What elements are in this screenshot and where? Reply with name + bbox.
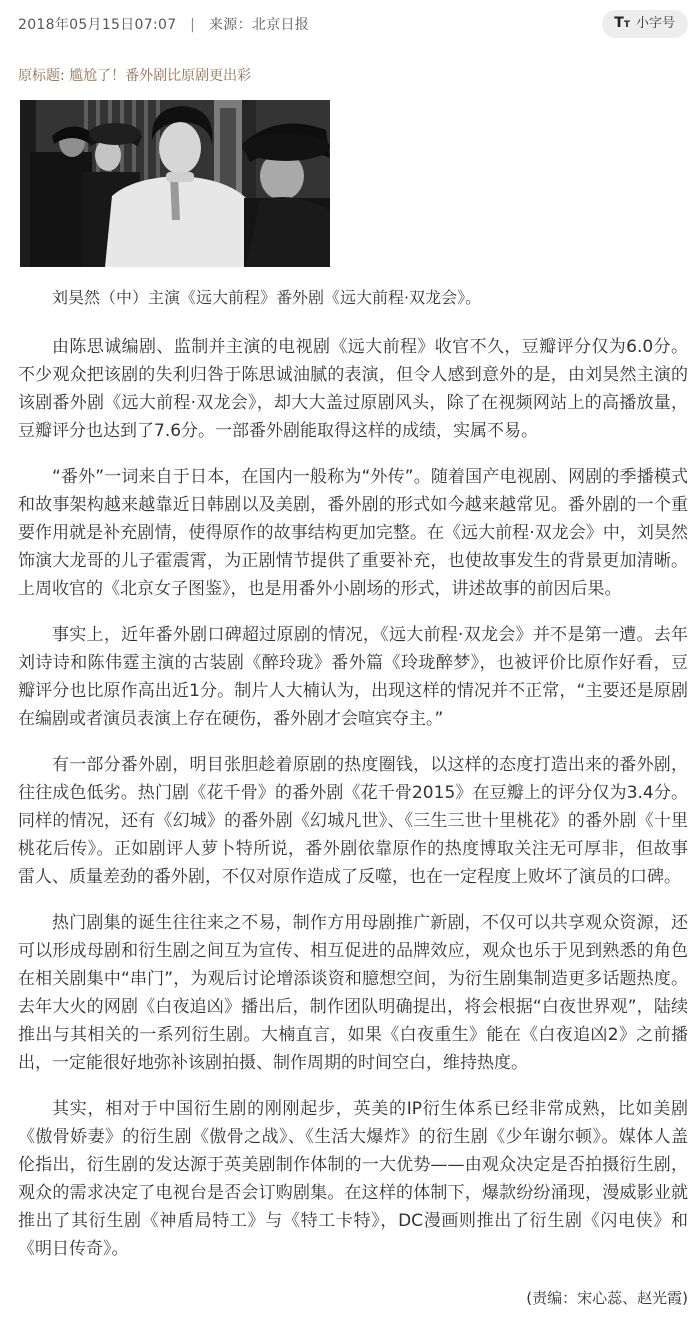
article-meta-bar: 2018年05月15日07:07 | 来源：北京日报 TT 小字号 (18, 10, 688, 38)
article-source: 来源：北京日报 (209, 17, 309, 33)
article-paragraph-2: “番外”一词来自于日本，在国内一般称为“外传”。随着国产电视剧、网剧的季播模式和… (18, 463, 688, 603)
article-paragraph-3: 事实上，近年番外剧口碑超过原剧的情况，《远大前程·双龙会》并不是第一遭。去年刘诗… (18, 621, 688, 733)
article-meta: 2018年05月15日07:07 | 来源：北京日报 (18, 10, 309, 34)
article-figure: 刘昊然（中）主演《远大前程》番外剧《远大前程·双龙会》。 (20, 100, 688, 310)
article-paragraph-5: 热门剧集的诞生往往来之不易，制作方用母剧推广新剧，不仅可以共享观众资源，还可以形… (18, 909, 688, 1077)
editor-credit: (责编：宋心蕊、赵光霞) (18, 1287, 688, 1308)
original-title: 原标题: 尴尬了！番外剧比原剧更出彩 (18, 65, 688, 85)
article-photo (20, 100, 330, 267)
font-size-icon: TT (614, 15, 630, 32)
article-page: 2018年05月15日07:07 | 来源：北京日报 TT 小字号 原标题: 尴… (0, 0, 699, 1338)
article-paragraph-4: 有一部分番外剧，明目张胆趁着原剧的热度圈钱，以这样的态度打造出来的番外剧，往往成… (18, 751, 688, 891)
font-size-button-label: 小字号 (636, 16, 675, 32)
meta-separator: | (190, 17, 195, 33)
font-size-button[interactable]: TT 小字号 (602, 10, 688, 38)
article-paragraph-6: 其实，相对于中国衍生剧的刚刚起步，英美的IP衍生体系已经非常成熟，比如美剧《傲骨… (18, 1095, 688, 1263)
photo-caption: 刘昊然（中）主演《远大前程》番外剧《远大前程·双龙会》。 (20, 286, 688, 310)
publish-date: 2018年05月15日07:07 (18, 17, 176, 33)
article-paragraph-1: 由陈思诚编剧、监制并主演的电视剧《远大前程》收官不久，豆瓣评分仅为6.0分。不少… (18, 333, 688, 445)
